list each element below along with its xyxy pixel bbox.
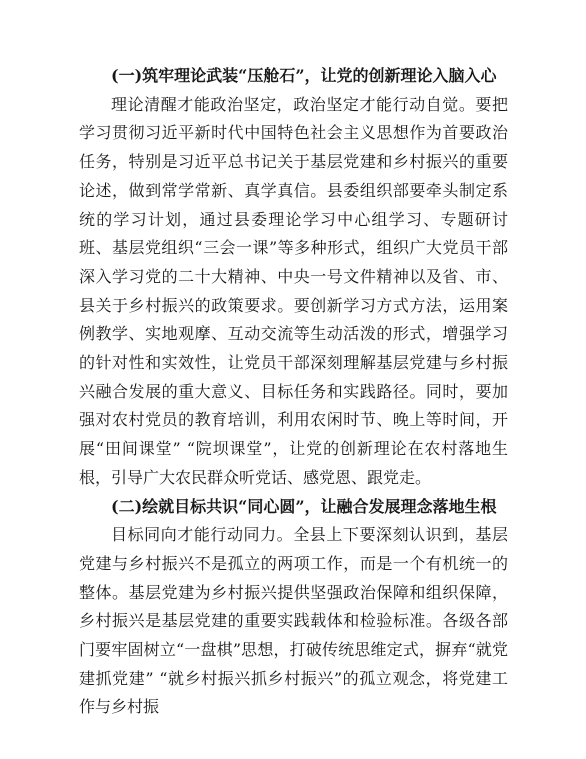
section-2-paragraph: 目标同向才能行动同力。全县上下要深刻认识到，基层党建与乡村振兴不是孤立的两项工作…: [79, 521, 508, 722]
document-page: (一)筑牢理论武装“压舱石”，让党的创新理论入脑入心 理论清醒才能政治坚定，政治…: [0, 0, 586, 759]
section-heading-2: (二)绘就目标共识“同心圆”，让融合发展理念落地生根: [79, 493, 508, 522]
section-1-paragraph: 理论清醒才能政治坚定，政治坚定才能行动自觉。要把学习贯彻习近平新时代中国特色社会…: [79, 91, 508, 493]
section-heading-1: (一)筑牢理论武装“压舱石”，让党的创新理论入脑入心: [79, 62, 508, 91]
